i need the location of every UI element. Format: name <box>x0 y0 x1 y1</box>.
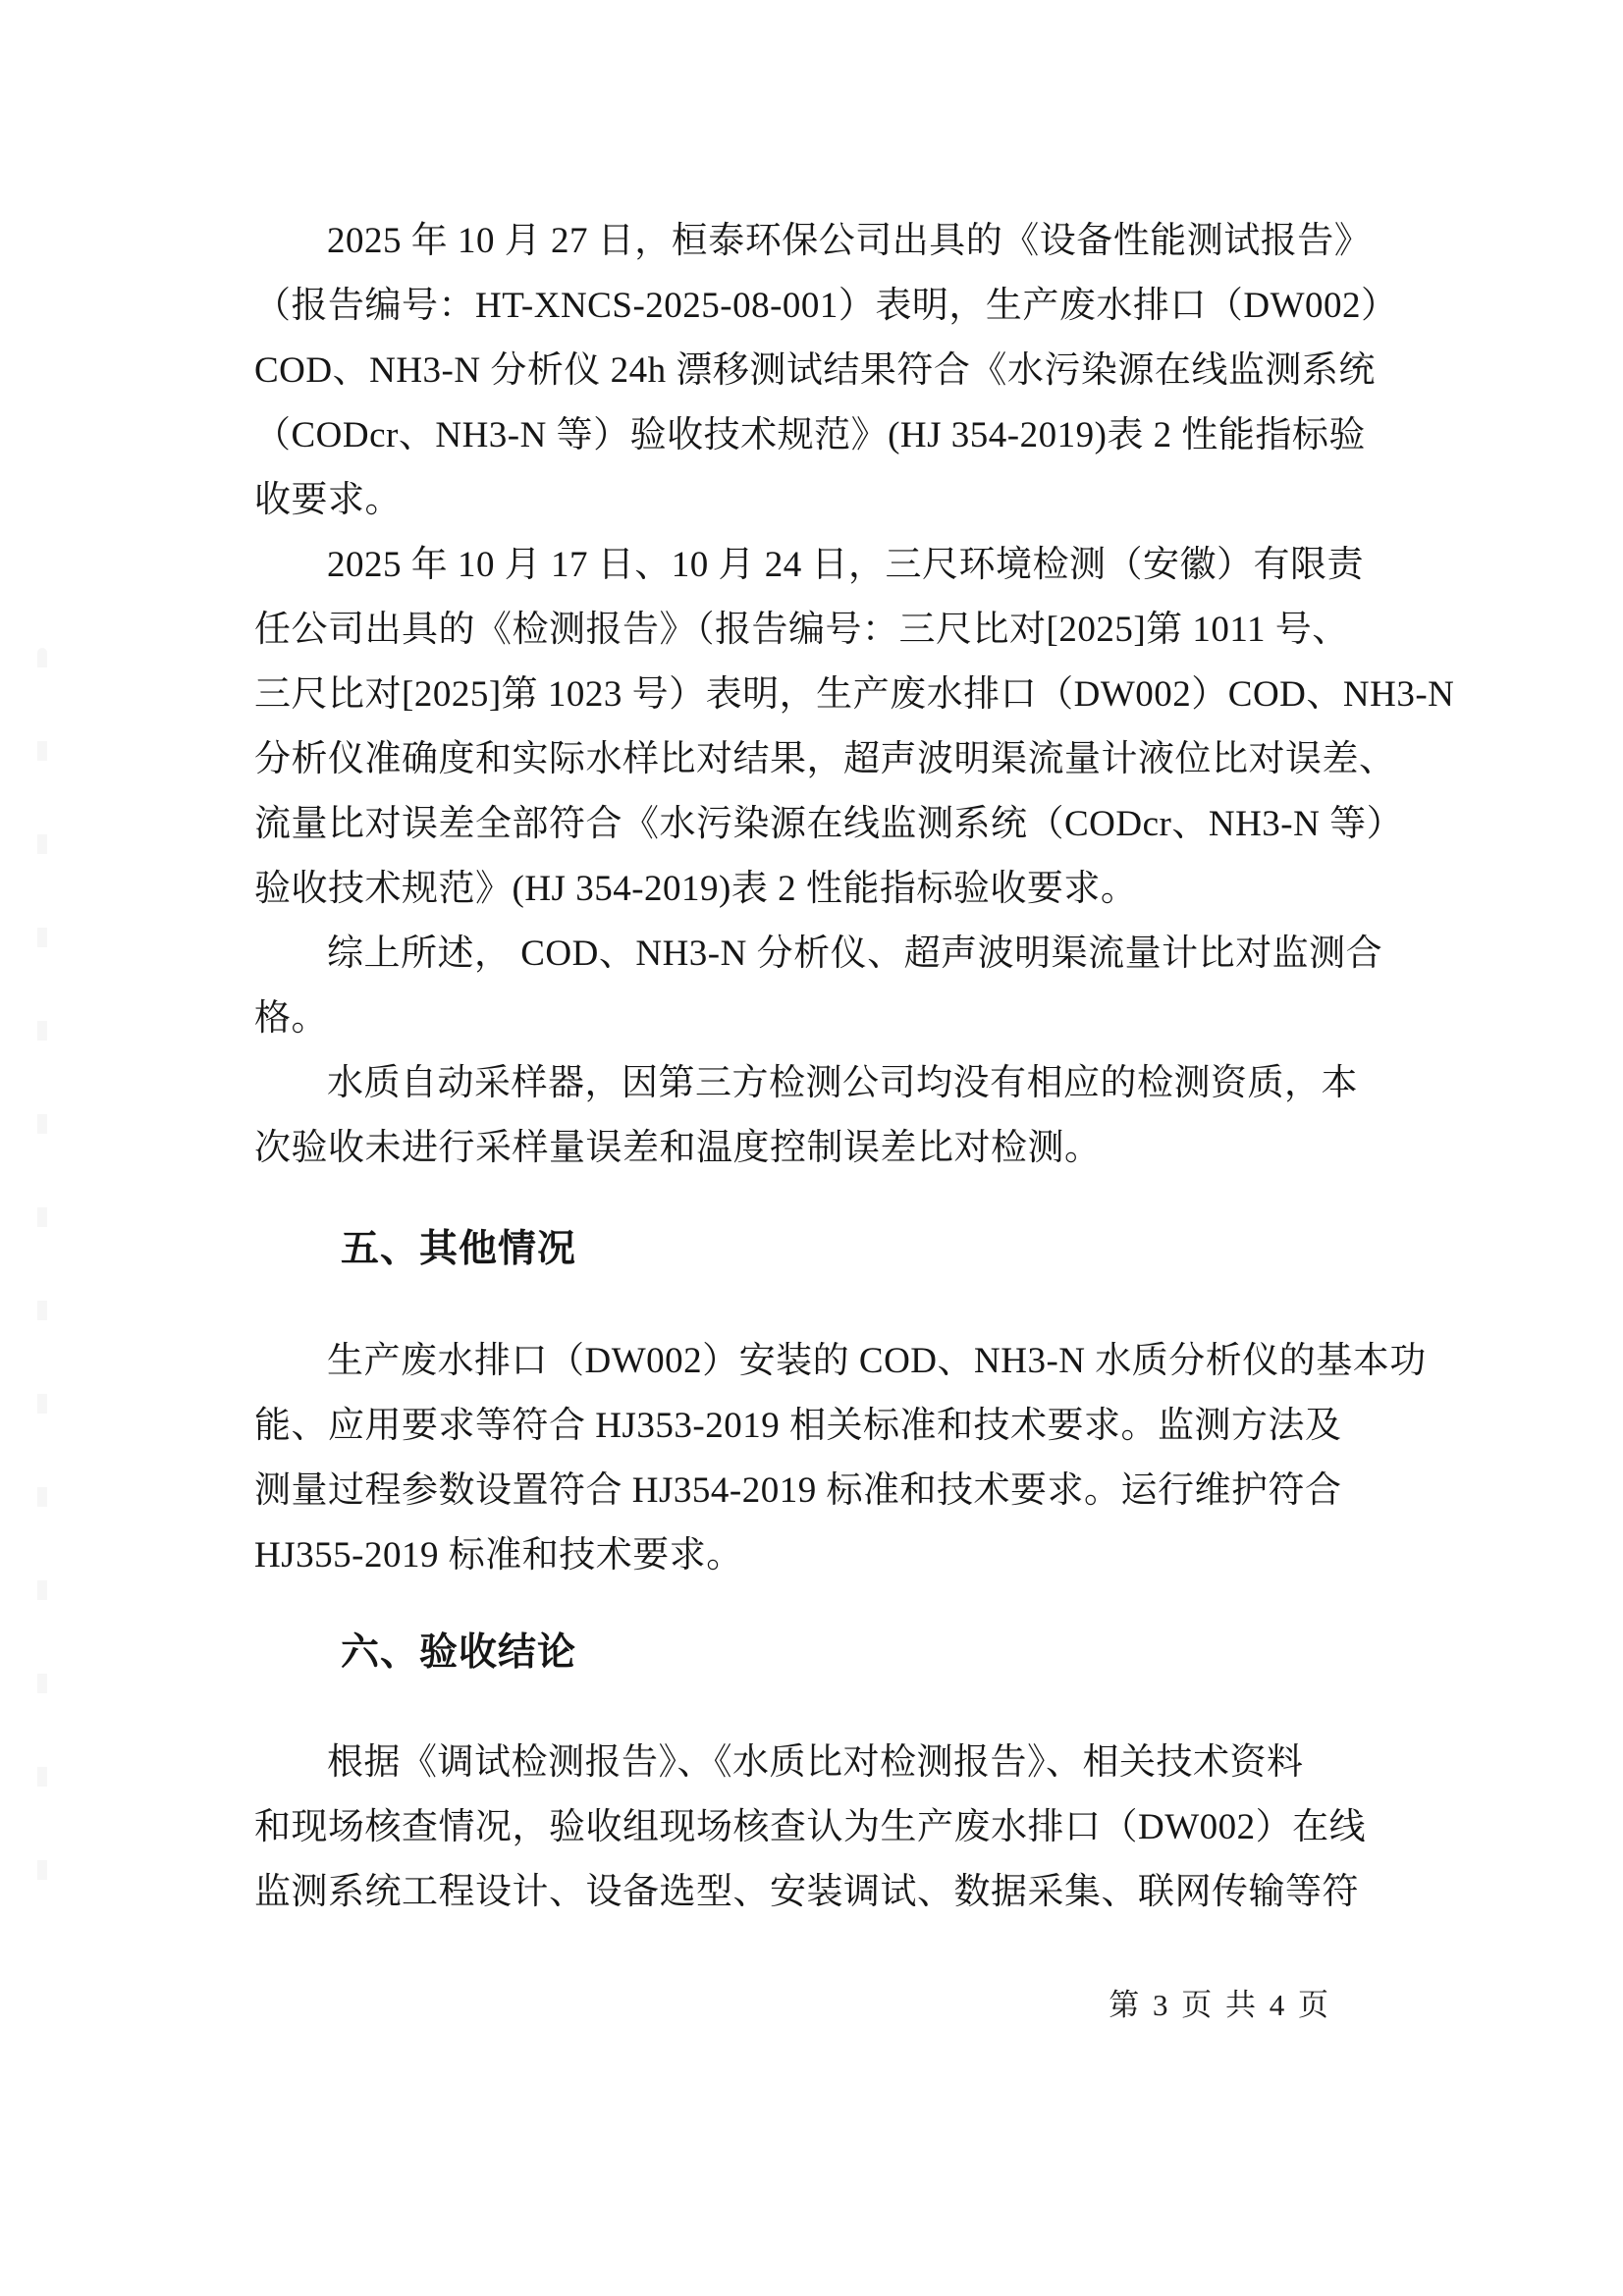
text-line: 根据《调试检测报告》、《水质比对检测报告》、相关技术资料 <box>254 1731 1393 1795</box>
section-heading-six: 六、验收结论 <box>254 1621 1393 1685</box>
text-line: 三尺比对[2025]第 1023 号）表明，生产废水排口（DW002）COD、N… <box>254 663 1393 727</box>
scan-artifact <box>37 648 47 1885</box>
page-number-footer: 第 3 页 共 4 页 <box>1109 1973 1331 2038</box>
text-line: 次验收未进行采样量误差和温度控制误差比对检测。 <box>254 1116 1393 1181</box>
text-line: HJ355-2019 标准和技术要求。 <box>254 1523 1393 1588</box>
text-line: 2025 年 10 月 27 日，桓泰环保公司出具的《设备性能测试报告》 <box>254 209 1393 274</box>
text-line: 收要求。 <box>254 468 1393 533</box>
section-heading-five: 五、其他情况 <box>254 1217 1393 1282</box>
text-line: 任公司出具的《检测报告》（报告编号：三尺比对[2025]第 1011 号、 <box>254 598 1393 663</box>
text-line: 分析仪准确度和实际水样比对结果，超声波明渠流量计液位比对误差、 <box>254 727 1393 792</box>
text-line: 验收技术规范》(HJ 354-2019)表 2 性能指标验收要求。 <box>254 857 1393 922</box>
text-line: 监测系统工程设计、设备选型、安装调试、数据采集、联网传输等符 <box>254 1860 1393 1925</box>
text-line: （报告编号：HT-XNCS-2025-08-001）表明，生产废水排口（DW00… <box>254 274 1393 339</box>
text-line: 能、应用要求等符合 HJ353-2019 相关标准和技术要求。监测方法及 <box>254 1394 1393 1459</box>
document-page: 2025 年 10 月 27 日，桓泰环保公司出具的《设备性能测试报告》 （报告… <box>0 0 1623 2296</box>
document-body: 2025 年 10 月 27 日，桓泰环保公司出具的《设备性能测试报告》 （报告… <box>254 209 1393 1925</box>
text-line: 格。 <box>254 987 1393 1051</box>
text-line: 流量比对误差全部符合《水污染源在线监测系统（CODcr、NH3-N 等） <box>254 792 1393 857</box>
text-line: COD、NH3-N 分析仪 24h 漂移测试结果符合《水污染源在线监测系统 <box>254 339 1393 403</box>
text-line: 2025 年 10 月 17 日、10 月 24 日，三尺环境检测（安徽）有限责 <box>254 533 1393 598</box>
text-line: 生产废水排口（DW002）安装的 COD、NH3-N 水质分析仪的基本功 <box>254 1329 1393 1394</box>
text-line: 综上所述， COD、NH3-N 分析仪、超声波明渠流量计比对监测合 <box>254 922 1393 987</box>
text-line: （CODcr、NH3-N 等）验收技术规范》(HJ 354-2019)表 2 性… <box>254 403 1393 468</box>
text-line: 测量过程参数设置符合 HJ354-2019 标准和技术要求。运行维护符合 <box>254 1459 1393 1523</box>
text-line: 和现场核查情况，验收组现场核查认为生产废水排口（DW002）在线 <box>254 1795 1393 1860</box>
text-line: 水质自动采样器，因第三方检测公司均没有相应的检测资质，本 <box>254 1051 1393 1116</box>
